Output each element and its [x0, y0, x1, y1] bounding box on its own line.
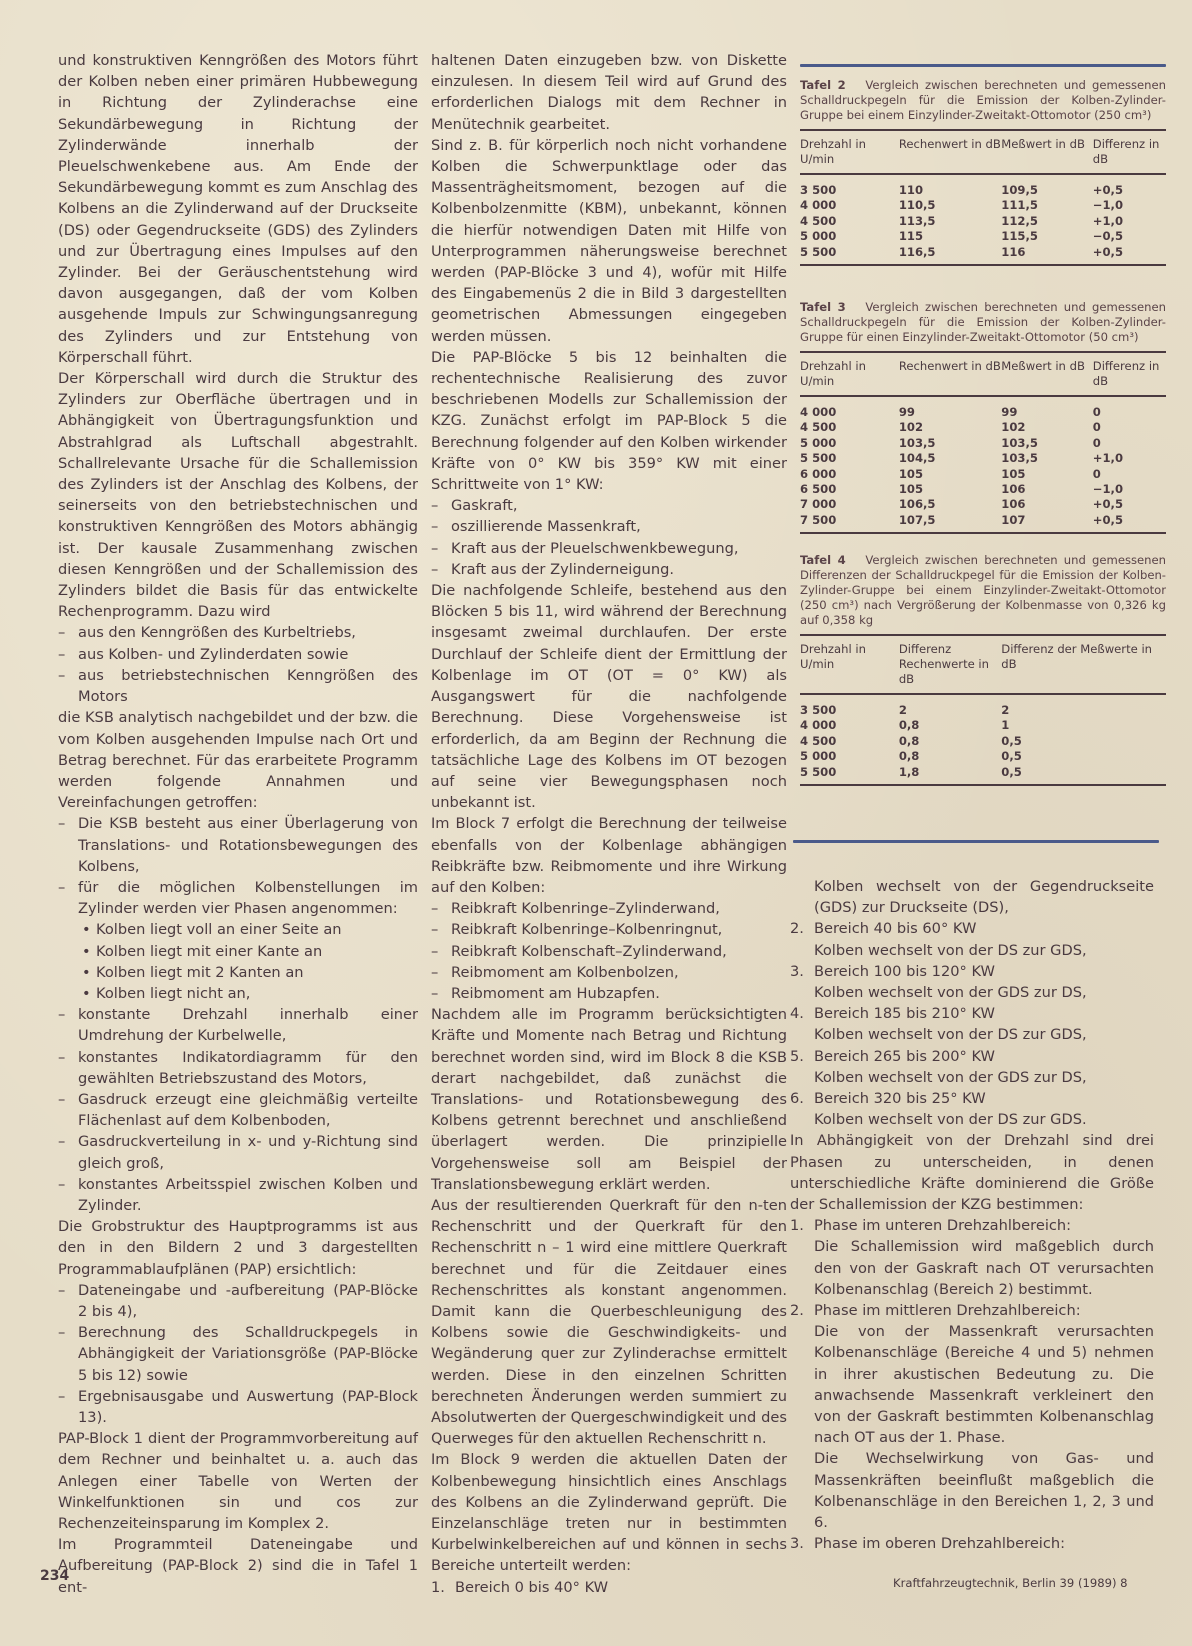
cell: 102: [899, 420, 1001, 435]
column-header: Drehzahl in U/min: [800, 130, 899, 174]
assumptions-list: Die KSB besteht aus einer Überlagerung v…: [58, 813, 418, 919]
cell: −1,0: [1093, 198, 1166, 213]
list-item: 2. Phase im mittleren Drehzahlbereich: D…: [790, 1300, 1154, 1533]
cell: 3 500: [800, 174, 899, 198]
data-table: Drehzahl in U/min Rechenwert in dB Meßwe…: [800, 351, 1166, 534]
cell: 0,8: [899, 734, 1001, 749]
cell: 5 500: [800, 765, 899, 785]
data-table: Drehzahl in U/min Differenz Rechenwerte …: [800, 634, 1166, 786]
cell: 6 500: [800, 482, 899, 497]
table-row: 6 0001051050: [800, 467, 1166, 482]
table-label: Tafel 3: [800, 300, 846, 314]
list-item: 3.Bereich 100 bis 120° KWKolben wechselt…: [790, 961, 1154, 1003]
table-row: 4 00099990: [800, 396, 1166, 420]
table-tafel-4: Tafel 4 Vergleich zwischen berechneten u…: [800, 553, 1166, 786]
cell: 5 000: [800, 436, 899, 451]
column-header: Meßwert in dB: [1001, 130, 1093, 174]
cell: 105: [899, 482, 1001, 497]
cell: 4 000: [800, 396, 899, 420]
list-number: 6.: [790, 1088, 804, 1109]
paragraph: Die PAP-Blöcke 5 bis 12 beinhalten die r…: [431, 347, 787, 495]
phase-title: Phase im oberen Drehzahlbereich:: [814, 1533, 1154, 1554]
cell: 5 500: [800, 451, 899, 466]
column-header: Drehzahl in U/min: [800, 352, 899, 396]
cell: 104,5: [899, 451, 1001, 466]
list-item: Reibmoment am Hubzapfen.: [431, 983, 787, 1004]
cell: 2: [1001, 694, 1166, 718]
cell: 116: [1001, 245, 1093, 265]
paragraph: Der Körperschall wird durch die Struktur…: [58, 368, 418, 622]
cell: 7 500: [800, 513, 899, 533]
cell: 103,5: [899, 436, 1001, 451]
list-item: 4.Bereich 185 bis 210° KWKolben wechselt…: [790, 1003, 1154, 1045]
cell: 0: [1093, 467, 1166, 482]
list-item: Gaskraft,: [431, 495, 787, 516]
cell: 106: [1001, 497, 1093, 512]
range-desc: Kolben wechselt von der GDS zur DS,: [814, 984, 1087, 1001]
cell: 5 000: [800, 749, 899, 764]
table-caption: Tafel 2 Vergleich zwischen berechneten u…: [800, 78, 1166, 123]
column-header: Rechenwert in dB: [899, 130, 1001, 174]
cell: 4 500: [800, 734, 899, 749]
table-caption: Tafel 4 Vergleich zwischen berechneten u…: [800, 553, 1166, 628]
table-row: 4 5000,80,5: [800, 734, 1166, 749]
table-row: 5 500104,5103,5+1,0: [800, 451, 1166, 466]
forces-list: Gaskraft, oszillierende Massenkraft, Kra…: [431, 495, 787, 580]
cell: 99: [899, 396, 1001, 420]
cell: 0,5: [1001, 734, 1166, 749]
table-row: 4 500113,5112,5+1,0: [800, 214, 1166, 229]
column-header: Differenz in dB: [1093, 130, 1166, 174]
cell: +0,5: [1093, 513, 1166, 533]
cell: 0,8: [899, 718, 1001, 733]
table-tafel-3: Tafel 3 Vergleich zwischen berechneten u…: [800, 300, 1166, 534]
cell: 103,5: [1001, 451, 1093, 466]
cell: 106: [1001, 482, 1093, 497]
range-desc: Kolben wechselt von der DS zur GDS.: [814, 1111, 1087, 1128]
table-row: 3 50022: [800, 694, 1166, 718]
bullet-list: Kolben liegt voll an einer Seite an Kolb…: [58, 919, 418, 1004]
cell: 4 500: [800, 420, 899, 435]
cell: 105: [1001, 467, 1093, 482]
paragraph: haltenen Daten einzugeben bzw. von Diske…: [431, 50, 787, 135]
table-header-row: Drehzahl in U/min Differenz Rechenwerte …: [800, 635, 1166, 694]
cell: 2: [899, 694, 1001, 718]
table-caption-text: Vergleich zwischen berechneten und gemes…: [800, 300, 1166, 344]
table-label: Tafel 4: [800, 553, 846, 567]
table-caption: Tafel 3 Vergleich zwischen berechneten u…: [800, 300, 1166, 345]
paragraph: Die nachfolgende Schleife, bestehend aus…: [431, 580, 787, 813]
cell: 4 000: [800, 198, 899, 213]
cell: 109,5: [1001, 174, 1093, 198]
cell: 5 500: [800, 245, 899, 265]
paragraph: und konstruktiven Kenngrößen des Motors …: [58, 50, 418, 368]
table-row: 4 5001021020: [800, 420, 1166, 435]
range-label: Bereich 100 bis 120° KW: [814, 963, 995, 980]
column-header: Meßwert in dB: [1001, 352, 1093, 396]
cell: 115: [899, 229, 1001, 244]
list-item: Reibkraft Kolbenringe–Kolbenringnut,: [431, 919, 787, 940]
paragraph: In Abhängigkeit von der Drehzahl sind dr…: [790, 1130, 1154, 1215]
cell: −1,0: [1093, 482, 1166, 497]
cell: 102: [1001, 420, 1093, 435]
cell: 5 000: [800, 229, 899, 244]
phase-text: Die Wechselwirkung von Gas- und Massenkr…: [814, 1448, 1154, 1533]
table-label: Tafel 2: [800, 78, 846, 92]
list-number: 5.: [790, 1046, 804, 1067]
table-header-row: Drehzahl in U/min Rechenwert in dB Meßwe…: [800, 130, 1166, 174]
list-item: 1. Phase im unteren Drehzahlbereich: Die…: [790, 1215, 1154, 1300]
list-item: 1. Bereich 0 bis 40° KW: [431, 1577, 787, 1598]
list-item: Reibkraft Kolbenschaft–Zylinderwand,: [431, 941, 787, 962]
cell: 111,5: [1001, 198, 1093, 213]
dash-list: aus den Kenngrößen des Kurbeltriebs, aus…: [58, 622, 418, 707]
cell: 4 000: [800, 718, 899, 733]
phase-title: Phase im mittleren Drehzahlbereich:: [814, 1300, 1154, 1321]
cell: 6 000: [800, 467, 899, 482]
list-item: aus betriebstechnischen Kenngrößen des M…: [58, 665, 418, 707]
cell: 112,5: [1001, 214, 1093, 229]
table-row: 5 5001,80,5: [800, 765, 1166, 785]
left-column: und konstruktiven Kenngrößen des Motors …: [58, 50, 418, 1598]
column-header: Drehzahl in U/min: [800, 635, 899, 694]
cell: 0,8: [899, 749, 1001, 764]
table-caption-text: Vergleich zwischen berechneten und gemes…: [800, 553, 1166, 627]
list-item: Dateneingabe und -aufbereitung (PAP-Blöc…: [58, 1280, 418, 1322]
list-item: Die KSB besteht aus einer Überlagerung v…: [58, 813, 418, 877]
list-item-text: für die möglichen Kolbenstellungen im Zy…: [78, 879, 418, 917]
paragraph: Kolben wechselt von der Gegendruckseite …: [790, 876, 1154, 918]
list-item-text: Bereich 0 bis 40° KW: [455, 1579, 608, 1596]
cell: 115,5: [1001, 229, 1093, 244]
range-desc: Kolben wechselt von der DS zur GDS,: [814, 942, 1087, 959]
paragraph: PAP-Block 1 dient der Programmvorbereitu…: [58, 1428, 418, 1534]
bullet-item: Kolben liegt mit einer Kante an: [78, 941, 418, 962]
cell: 107: [1001, 513, 1093, 533]
list-number: 2.: [790, 918, 804, 939]
table-row: 4 000110,5111,5−1,0: [800, 198, 1166, 213]
table-row: 5 000115115,5−0,5: [800, 229, 1166, 244]
cell: 107,5: [899, 513, 1001, 533]
cell: 110: [899, 174, 1001, 198]
paragraph: Im Programmteil Dateneingabe und Aufbere…: [58, 1534, 418, 1598]
cell: +0,5: [1093, 497, 1166, 512]
data-table: Drehzahl in U/min Rechenwert in dB Meßwe…: [800, 129, 1166, 266]
cell: 116,5: [899, 245, 1001, 265]
page-number: 234: [40, 1568, 69, 1584]
list-item: für die möglichen Kolbenstellungen im Zy…: [58, 877, 418, 919]
table-row: 5 000103,5103,50: [800, 436, 1166, 451]
list-item: konstantes Arbeitsspiel zwischen Kolben …: [58, 1174, 418, 1216]
table-tafel-2: Tafel 2 Vergleich zwischen berechneten u…: [800, 78, 1166, 266]
list-item: Kraft aus der Zylinderneigung.: [431, 559, 787, 580]
list-item: Gasdruckverteilung in x- und y-Richtung …: [58, 1131, 418, 1173]
cell: 0: [1093, 436, 1166, 451]
column-header: Differenz in dB: [1093, 352, 1166, 396]
cell: 105: [899, 467, 1001, 482]
list-item: 3. Phase im oberen Drehzahlbereich:: [790, 1533, 1154, 1554]
range-label: Bereich 320 bis 25° KW: [814, 1090, 986, 1107]
list-item: aus Kolben- und Zylinderdaten sowie: [58, 644, 418, 665]
list-item: Berechnung des Schalldruckpegels in Abhä…: [58, 1322, 418, 1386]
column-header: Differenz Rechenwerte in dB: [899, 635, 1001, 694]
bullet-item: Kolben liegt nicht an,: [78, 983, 418, 1004]
paragraph: Nachdem alle im Programm berücksichtigte…: [431, 1004, 787, 1195]
paragraph: Aus der resultierenden Querkraft für den…: [431, 1195, 787, 1449]
paragraph: Sind z. B. für körperlich noch nicht vor…: [431, 135, 787, 347]
table-row: 5 0000,80,5: [800, 749, 1166, 764]
divider-rule: [800, 64, 1166, 67]
list-number: 3.: [790, 1533, 804, 1554]
list-item: 6.Bereich 320 bis 25° KWKolben wechselt …: [790, 1088, 1154, 1130]
cell: −0,5: [1093, 229, 1166, 244]
paragraph: Im Block 9 werden die aktuellen Daten de…: [431, 1449, 787, 1576]
cell: 110,5: [899, 198, 1001, 213]
divider-rule: [793, 840, 1159, 843]
bullet-item: Kolben liegt voll an einer Seite an: [78, 919, 418, 940]
cell: +0,5: [1093, 174, 1166, 198]
cell: 113,5: [899, 214, 1001, 229]
cell: 0: [1093, 420, 1166, 435]
table-row: 6 500105106−1,0: [800, 482, 1166, 497]
bullet-item: Kolben liegt mit 2 Kanten an: [78, 962, 418, 983]
journal-citation: Kraftfahrzeugtechnik, Berlin 39 (1989) 8: [893, 1576, 1128, 1590]
column-header: Rechenwert in dB: [899, 352, 1001, 396]
column-header: Differenz der Meßwerte in dB: [1001, 635, 1166, 694]
list-item: Reibmoment am Kolbenbolzen,: [431, 962, 787, 983]
range-label: Bereich 265 bis 200° KW: [814, 1048, 995, 1065]
cell: 4 500: [800, 214, 899, 229]
cell: 0: [1093, 396, 1166, 420]
phase-text: Die von der Massenkraft verursachten Kol…: [814, 1321, 1154, 1448]
friction-list: Reibkraft Kolbenringe–Zylinderwand, Reib…: [431, 898, 787, 1004]
table-row: 4 0000,81: [800, 718, 1166, 733]
table-row: 7 500107,5107+0,5: [800, 513, 1166, 533]
list-item: Kraft aus der Pleuelschwenkbewegung,: [431, 538, 787, 559]
range-desc: Kolben wechselt von der GDS zur DS,: [814, 1069, 1087, 1086]
list-number: 3.: [790, 961, 804, 982]
cell: 0,5: [1001, 749, 1166, 764]
paragraph: die KSB analytisch nachgebildet und der …: [58, 707, 418, 813]
list-item: 5.Bereich 265 bis 200° KWKolben wechselt…: [790, 1046, 1154, 1088]
table-caption-text: Vergleich zwischen berechneten und gemes…: [800, 78, 1166, 122]
phase-list: 1. Phase im unteren Drehzahlbereich: Die…: [790, 1215, 1154, 1554]
cell: 7 000: [800, 497, 899, 512]
list-item: Ergebnisausgabe und Auswertung (PAP-Bloc…: [58, 1386, 418, 1428]
dash-list: konstante Drehzahl innerhalb einer Umdre…: [58, 1004, 418, 1216]
list-number: 2.: [790, 1300, 804, 1321]
list-number: 1.: [431, 1577, 445, 1598]
list-item: konstantes Indikatordiagramm für den gew…: [58, 1047, 418, 1089]
list-number: 1.: [790, 1215, 804, 1236]
right-column-text: Kolben wechselt von der Gegendruckseite …: [790, 876, 1154, 1555]
list-item: Reibkraft Kolbenringe–Zylinderwand,: [431, 898, 787, 919]
range-label: Bereich 185 bis 210° KW: [814, 1005, 995, 1022]
paragraph: Die Grobstruktur des Hauptprogramms ist …: [58, 1216, 418, 1280]
list-number: 4.: [790, 1003, 804, 1024]
list-item: aus den Kenngrößen des Kurbeltriebs,: [58, 622, 418, 643]
table-row: 5 500116,5116+0,5: [800, 245, 1166, 265]
range-desc: Kolben wechselt von der DS zur GDS,: [814, 1026, 1087, 1043]
cell: 3 500: [800, 694, 899, 718]
cell: 1,8: [899, 765, 1001, 785]
cell: 1: [1001, 718, 1166, 733]
range-label: Bereich 40 bis 60° KW: [814, 920, 976, 937]
list-item: konstante Drehzahl innerhalb einer Umdre…: [58, 1004, 418, 1046]
table-row: 3 500110109,5+0,5: [800, 174, 1166, 198]
phase-text: Die Schallemission wird maßgeblich durch…: [814, 1236, 1154, 1300]
paragraph: Im Block 7 erfolgt die Berechnung der te…: [431, 813, 787, 898]
middle-column: haltenen Daten einzugeben bzw. von Diske…: [431, 50, 787, 1598]
cell: 103,5: [1001, 436, 1093, 451]
list-item: Gasdruck erzeugt eine gleichmäßig vertei…: [58, 1089, 418, 1131]
cell: +0,5: [1093, 245, 1166, 265]
table-row: 7 000106,5106+0,5: [800, 497, 1166, 512]
list-item: 2.Bereich 40 bis 60° KWKolben wechselt v…: [790, 918, 1154, 960]
phase-title: Phase im unteren Drehzahlbereich:: [814, 1215, 1154, 1236]
cell: 99: [1001, 396, 1093, 420]
table-header-row: Drehzahl in U/min Rechenwert in dB Meßwe…: [800, 352, 1166, 396]
range-list: 2.Bereich 40 bis 60° KWKolben wechselt v…: [790, 918, 1154, 1130]
cell: 0,5: [1001, 765, 1166, 785]
dash-list: Dateneingabe und -aufbereitung (PAP-Blöc…: [58, 1280, 418, 1428]
cell: +1,0: [1093, 214, 1166, 229]
cell: +1,0: [1093, 451, 1166, 466]
list-item: oszillierende Massenkraft,: [431, 516, 787, 537]
range-list: 1. Bereich 0 bis 40° KW: [431, 1577, 787, 1598]
cell: 106,5: [899, 497, 1001, 512]
